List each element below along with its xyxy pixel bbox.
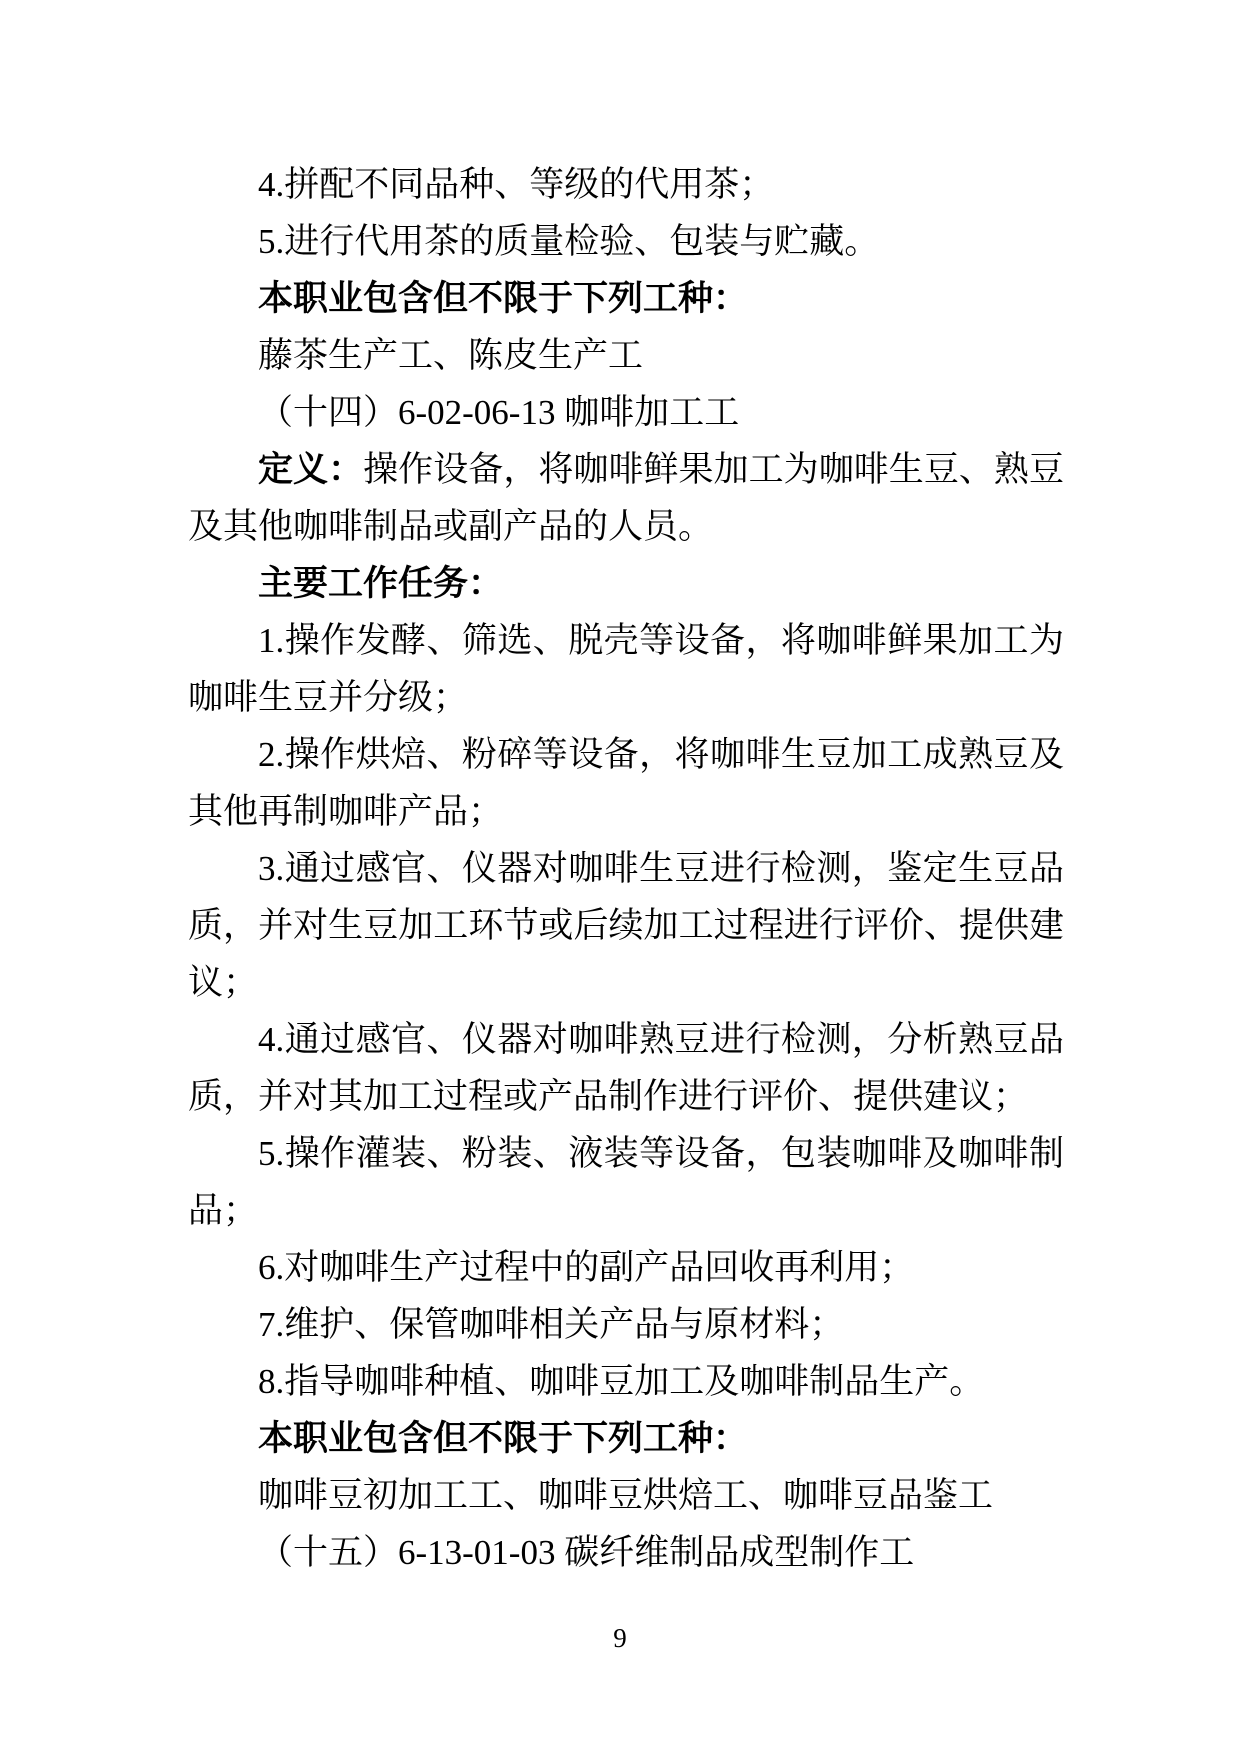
text-line: 6.对咖啡生产过程中的副产品回收再利用； [188, 1239, 1064, 1296]
text-line: 及其他咖啡制品或副产品的人员。 [188, 498, 1064, 555]
text-line: 咖啡豆初加工工、咖啡豆烘焙工、咖啡豆品鉴工 [188, 1467, 1064, 1524]
text-line: 本职业包含但不限于下列工种： [188, 270, 1064, 327]
text-line: 定义：操作设备，将咖啡鲜果加工为咖啡生豆、熟豆 [188, 441, 1064, 498]
text-line: 7.维护、保管咖啡相关产品与原材料； [188, 1296, 1064, 1353]
text-line: 1.操作发酵、筛选、脱壳等设备，将咖啡鲜果加工为 [188, 612, 1064, 669]
text-line: 质，并对其加工过程或产品制作进行评价、提供建议； [188, 1068, 1064, 1125]
line-lead-label: 定义： [258, 450, 363, 489]
text-line: 咖啡生豆并分级； [188, 669, 1064, 726]
text-line: 2.操作烘焙、粉碎等设备，将咖啡生豆加工成熟豆及 [188, 726, 1064, 783]
text-block: 4.拼配不同品种、等级的代用茶；5.进行代用茶的质量检验、包装与贮藏。本职业包含… [188, 156, 1064, 1581]
text-line: 4.拼配不同品种、等级的代用茶； [188, 156, 1064, 213]
text-line: （十四）6-02-06-13 咖啡加工工 [188, 384, 1064, 441]
text-line: 4.通过感官、仪器对咖啡熟豆进行检测，分析熟豆品 [188, 1011, 1064, 1068]
text-line: 8.指导咖啡种植、咖啡豆加工及咖啡制品生产。 [188, 1353, 1064, 1410]
text-line: 5.进行代用茶的质量检验、包装与贮藏。 [188, 213, 1064, 270]
page-number: 9 [0, 1618, 1240, 1658]
text-line: 5.操作灌装、粉装、液装等设备，包装咖啡及咖啡制 [188, 1125, 1064, 1182]
text-line: 主要工作任务： [188, 555, 1064, 612]
text-line: 其他再制咖啡产品； [188, 783, 1064, 840]
text-line: 品； [188, 1182, 1064, 1239]
document-page: 4.拼配不同品种、等级的代用茶；5.进行代用茶的质量检验、包装与贮藏。本职业包含… [0, 0, 1240, 1753]
text-line: 议； [188, 954, 1064, 1011]
text-line: （十五）6-13-01-03 碳纤维制品成型制作工 [188, 1524, 1064, 1581]
text-line: 本职业包含但不限于下列工种： [188, 1410, 1064, 1467]
text-line: 藤茶生产工、陈皮生产工 [188, 327, 1064, 384]
text-line: 3.通过感官、仪器对咖啡生豆进行检测，鉴定生豆品 [188, 840, 1064, 897]
text-line: 质，并对生豆加工环节或后续加工过程进行评价、提供建 [188, 897, 1064, 954]
